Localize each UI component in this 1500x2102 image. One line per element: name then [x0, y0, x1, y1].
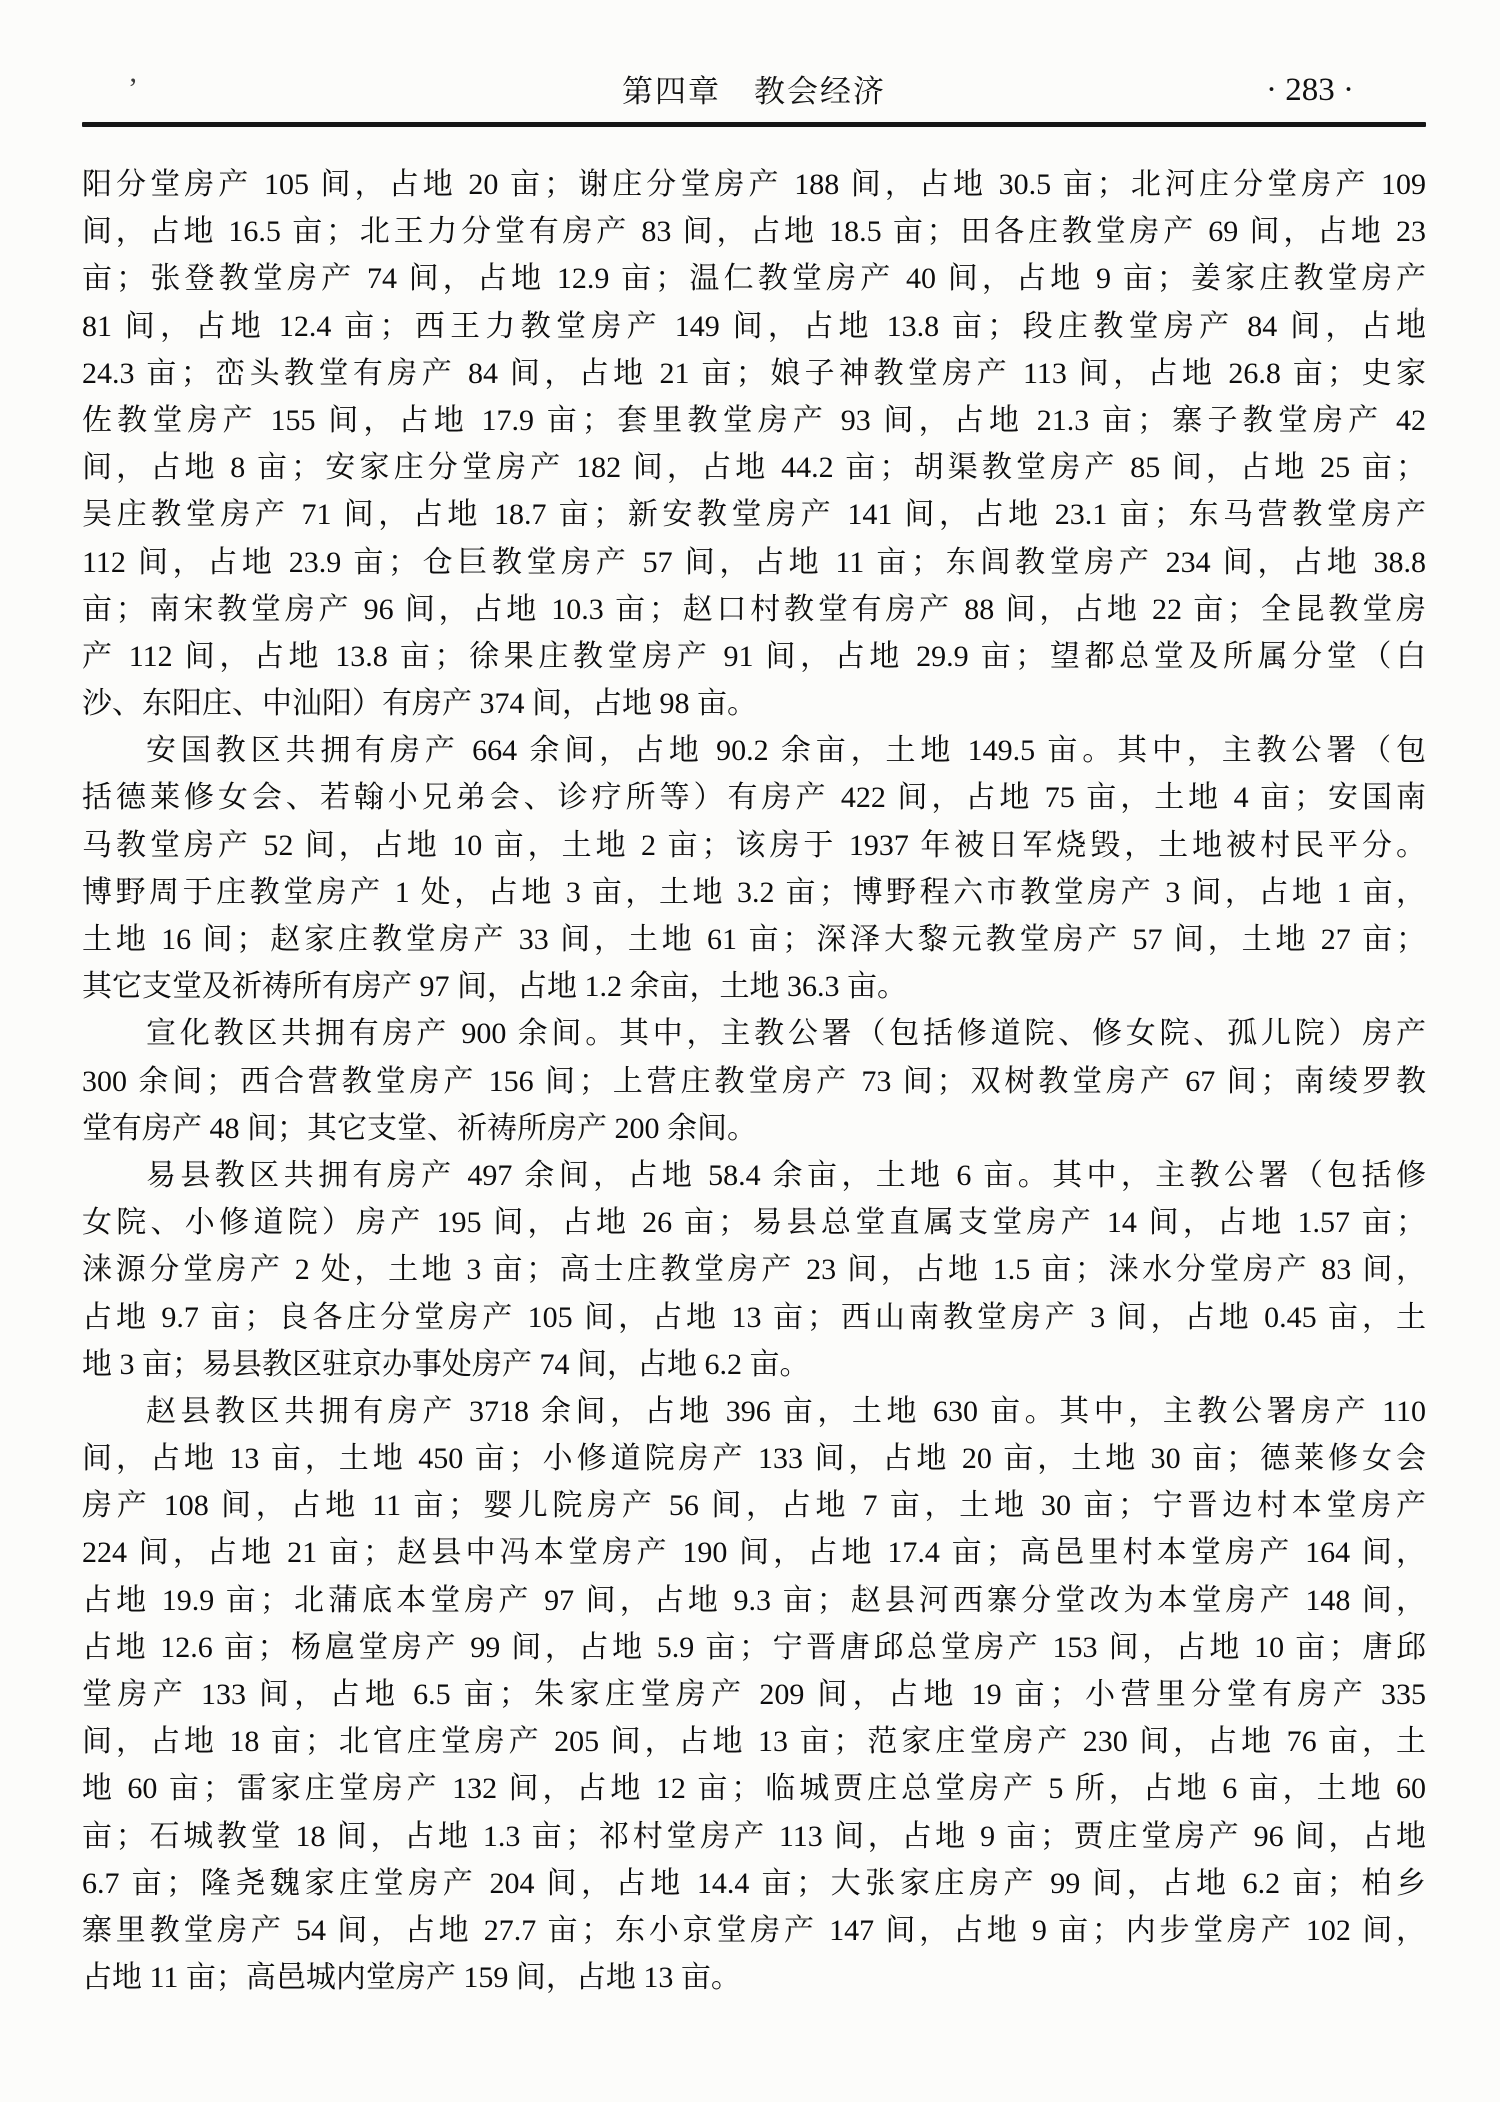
text-line: 产 112 间，占地 13.8 亩；徐果庄教堂房产 91 间，占地 29.9 亩…: [82, 633, 1426, 680]
text-line: 占地 11 亩；高邑城内堂房产 159 间，占地 13 亩。: [82, 1954, 1426, 2001]
text-line: 24.3 亩；峦头教堂有房产 84 间，占地 21 亩；娘子神教堂房产 113 …: [82, 350, 1426, 397]
text-line: 间，占地 16.5 亩；北王力分堂有房产 83 间，占地 18.5 亩；田各庄教…: [82, 208, 1426, 255]
text-line: 300 余间；西合营教堂房产 156 间；上营庄教堂房产 73 间；双树教堂房产…: [82, 1058, 1426, 1105]
page-header: 第四章 教会经济 · 283 ·: [82, 0, 1426, 112]
text-line: 81 间，占地 12.4 亩；西王力教堂房产 149 间，占地 13.8 亩；段…: [82, 303, 1426, 350]
text-line: 土地 16 间；赵家庄教堂房产 33 间，土地 61 亩；深泽大黎元教堂房产 5…: [82, 916, 1426, 963]
text-line: 其它支堂及祈祷所有房产 97 间，占地 1.2 余亩，土地 36.3 亩。: [82, 963, 1426, 1010]
text-line: 112 间，占地 23.9 亩；仓巨教堂房产 57 间，占地 11 亩；东闾教堂…: [82, 539, 1426, 586]
text-line: 涞源分堂房产 2 处，土地 3 亩；高士庄教堂房产 23 间，占地 1.5 亩；…: [82, 1246, 1426, 1293]
text-line: 占地 12.6 亩；杨扈堂房产 99 间，占地 5.9 亩；宁晋唐邱总堂房产 1…: [82, 1624, 1426, 1671]
text-line: 宣化教区共拥有房产 900 余间。其中，主教公署（包括修道院、修女院、孤儿院）房…: [82, 1010, 1426, 1057]
book-page: ’ · 第四章 教会经济 · 283 · 阳分堂房产 105 间，占地 20 亩…: [0, 0, 1500, 2102]
chapter-title: 第四章 教会经济: [82, 72, 1426, 112]
text-line: 占地 19.9 亩；北蒲底本堂房产 97 间，占地 9.3 亩；赵县河西寨分堂改…: [82, 1577, 1426, 1624]
text-line: 赵县教区共拥有房产 3718 余间，占地 396 亩，土地 630 亩。其中，主…: [82, 1388, 1426, 1435]
text-line: 间，占地 13 亩，土地 450 亩；小修道院房产 133 间，占地 20 亩，…: [82, 1435, 1426, 1482]
text-line: 沙、东阳庄、中汕阳）有房产 374 间，占地 98 亩。: [82, 680, 1426, 727]
text-line: 间，占地 18 亩；北官庄堂房产 205 间，占地 13 亩；范家庄堂房产 23…: [82, 1718, 1426, 1765]
text-line: 寨里教堂房产 54 间，占地 27.7 亩；东小京堂房产 147 间，占地 9 …: [82, 1907, 1426, 1954]
text-line: 224 间，占地 21 亩；赵县中冯本堂房产 190 间，占地 17.4 亩；高…: [82, 1529, 1426, 1576]
text-line: 堂有房产 48 间；其它支堂、祈祷所房产 200 余间。: [82, 1105, 1426, 1152]
text-line: 佐教堂房产 155 间，占地 17.9 亩；套里教堂房产 93 间，占地 21.…: [82, 397, 1426, 444]
text-line: 马教堂房产 52 间，占地 10 亩，土地 2 亩；该房于 1937 年被日军烧…: [82, 822, 1426, 869]
page-body: 阳分堂房产 105 间，占地 20 亩；谢庄分堂房产 188 间，占地 30.5…: [82, 161, 1426, 2001]
text-line: 堂房产 133 间，占地 6.5 亩；朱家庄堂房产 209 间，占地 19 亩；…: [82, 1671, 1426, 1718]
text-line: 6.7 亩；隆尧魏家庄堂房产 204 间，占地 14.4 亩；大张家庄房产 99…: [82, 1860, 1426, 1907]
text-line: 亩；张登教堂房产 74 间，占地 12.9 亩；温仁教堂房产 40 间，占地 9…: [82, 255, 1426, 302]
text-line: 地 60 亩；雷家庄堂房产 132 间，占地 12 亩；临城贾庄总堂房产 5 所…: [82, 1765, 1426, 1812]
text-line: 亩；南宋教堂房产 96 间，占地 10.3 亩；赵口村教堂有房产 88 间，占地…: [82, 586, 1426, 633]
text-line: 括德莱修女会、若翰小兄弟会、诊疗所等）有房产 422 间，占地 75 亩，土地 …: [82, 774, 1426, 821]
text-line: 亩；石城教堂 18 间，占地 1.3 亩；祁村堂房产 113 间，占地 9 亩；…: [82, 1813, 1426, 1860]
text-line: 间，占地 8 亩；安家庄分堂房产 182 间，占地 44.2 亩；胡渠教堂房产 …: [82, 444, 1426, 491]
page-number: · 283 ·: [1266, 70, 1354, 110]
text-line: 阳分堂房产 105 间，占地 20 亩；谢庄分堂房产 188 间，占地 30.5…: [82, 161, 1426, 208]
text-line: 地 3 亩；易县教区驻京办事处房产 74 间，占地 6.2 亩。: [82, 1341, 1426, 1388]
text-line: 房产 108 间，占地 11 亩；婴儿院房产 56 间，占地 7 亩，土地 30…: [82, 1482, 1426, 1529]
text-line: 易县教区共拥有房产 497 余间，占地 58.4 余亩，土地 6 亩。其中，主教…: [82, 1152, 1426, 1199]
header-rule: [82, 122, 1426, 127]
text-line: 安国教区共拥有房产 664 余间，占地 90.2 余亩，土地 149.5 亩。其…: [82, 727, 1426, 774]
text-line: 博野周于庄教堂房产 1 处，占地 3 亩，土地 3.2 亩；博野程六市教堂房产 …: [82, 869, 1426, 916]
text-line: 女院、小修道院）房产 195 间，占地 26 亩；易县总堂直属支堂房产 14 间…: [82, 1199, 1426, 1246]
text-line: 占地 9.7 亩；良各庄分堂房产 105 间，占地 13 亩；西山南教堂房产 3…: [82, 1294, 1426, 1341]
text-line: 吴庄教堂房产 71 间，占地 18.7 亩；新安教堂房产 141 间，占地 23…: [82, 491, 1426, 538]
page-content: 第四章 教会经济 · 283 · 阳分堂房产 105 间，占地 20 亩；谢庄分…: [82, 0, 1426, 2001]
